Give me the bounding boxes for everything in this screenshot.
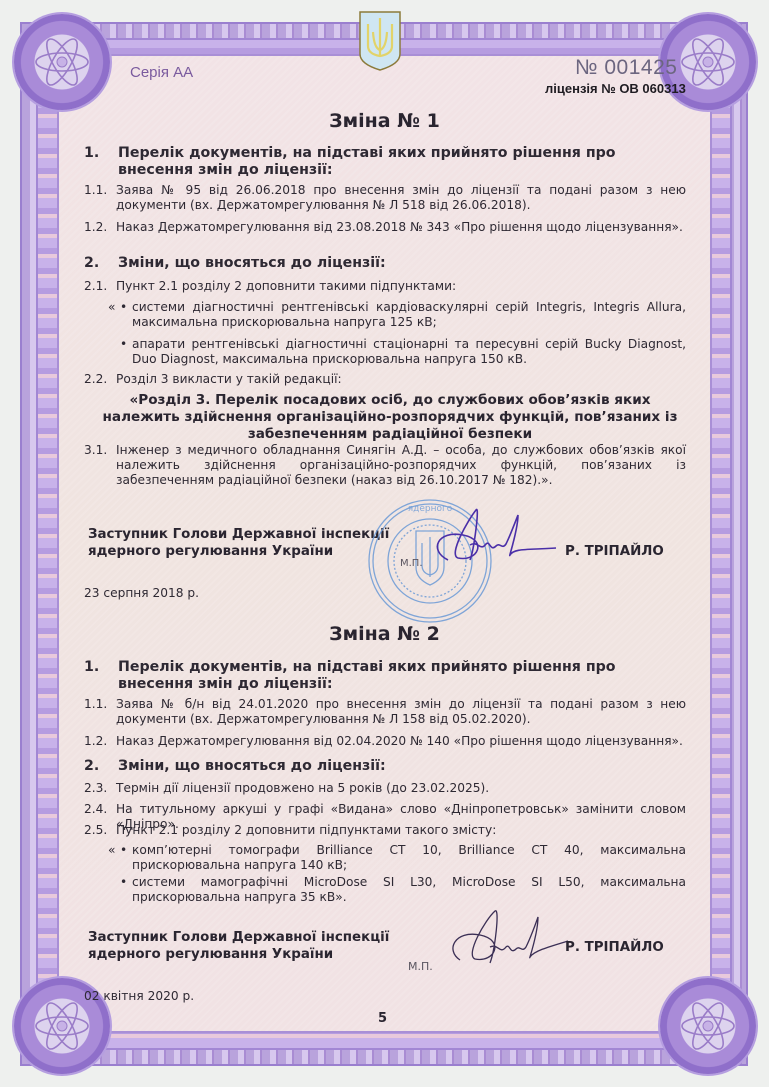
change-2-section-2-heading: 2. Зміни, що вносяться до ліцензії: [84, 758, 686, 775]
item-text: Заява № 95 від 26.06.2018 про внесення з… [116, 183, 686, 213]
bullet-text: системи діагностичні рентгенівські карді… [132, 300, 686, 330]
bullet-text: комп’ютерні томографи Brilliance CT 10, … [132, 843, 686, 873]
change-2-section-1-heading: 1. Перелік документів, на підставі яких … [84, 659, 686, 693]
item-text: Заява № б/н від 24.01.2020 про внесення … [116, 697, 686, 727]
position-line-1: Заступник Голови Державної інспекції [88, 929, 389, 946]
serial-number: № 001425 [575, 56, 677, 80]
signature-icon [440, 905, 570, 980]
change-1-title: Зміна № 1 [0, 110, 769, 132]
position-line-2: ядерного регулювання України [88, 946, 389, 963]
signature-icon [418, 500, 558, 580]
item-number: 2.2. [84, 372, 114, 387]
item-number: 3.1. [84, 443, 114, 458]
signatory-position: Заступник Голови Державної інспекції яде… [88, 929, 389, 963]
signatory-position: Заступник Голови Державної інспекції яде… [88, 526, 389, 560]
item-text: Пункт 2.1 розділу 2 доповнити такими під… [116, 279, 686, 294]
item-text: Наказ Держатомрегулювання від 02.04.2020… [116, 734, 686, 749]
change-1-item-3-1: 3.1. Інженер з медичного обладнання Синя… [84, 443, 686, 488]
section-title: Перелік документів, на підставі яких при… [118, 145, 686, 179]
bullet-icon: • [120, 843, 127, 858]
bullet-item: • апарати рентгенівські діагностичні ста… [108, 337, 686, 367]
section-title: Зміни, що вносяться до ліцензії: [118, 758, 686, 775]
license-number: ліцензія № ОВ 060313 [545, 81, 686, 96]
signature-date: 02 квітня 2020 р. [84, 989, 194, 1003]
signatory-name: Р. ТРІПАЙЛО [565, 940, 664, 955]
change-1-item-1-1: 1.1. Заява № 95 від 26.06.2018 про внесе… [84, 183, 686, 213]
item-text: Наказ Держатомрегулювання від 23.08.2018… [116, 220, 686, 235]
item-number: 2.1. [84, 279, 114, 294]
stamp-place-label: М.П. [408, 960, 433, 973]
change-1-section-2-heading: 2. Зміни, що вносяться до ліцензії: [84, 255, 686, 272]
bullet-icon: • [120, 300, 127, 315]
item-text: Інженер з медичного обладнання Синягін А… [116, 443, 686, 488]
change-2-item-2-3: 2.3. Термін дії ліцензії продовжено на 5… [84, 781, 686, 796]
bullet-item: « • комп’ютерні томографи Brilliance CT … [108, 843, 686, 873]
section-number: 2. [84, 255, 114, 272]
item-number: 1.1. [84, 183, 114, 198]
position-line-2: ядерного регулювання України [88, 543, 389, 560]
change-1-item-2-1: 2.1. Пункт 2.1 розділу 2 доповнити таким… [84, 279, 686, 294]
change-1-section-1-heading: 1. Перелік документів, на підставі яких … [84, 145, 686, 179]
change-2-title: Зміна № 2 [0, 623, 769, 645]
signatory-name: Р. ТРІПАЙЛО [565, 544, 664, 559]
bullet-item: • системи мамографічні MicroDose SI L30,… [108, 875, 686, 905]
change-2-item-1-2: 1.2. Наказ Держатомрегулювання від 02.04… [84, 734, 686, 749]
section-number: 1. [84, 145, 114, 162]
opening-quote: « [108, 843, 120, 858]
opening-quote: « [108, 300, 120, 315]
change-1-item-2-2: 2.2. Розділ 3 викласти у такій редакції: [84, 372, 686, 387]
bullet-item: « • системи діагностичні рентгенівські к… [108, 300, 686, 330]
change-2-item-1-1: 1.1. Заява № б/н від 24.01.2020 про внес… [84, 697, 686, 727]
item-number: 2.4. [84, 802, 114, 817]
item-number: 2.5. [84, 823, 114, 838]
bullet-icon: • [120, 337, 127, 352]
page-number: 5 [378, 1011, 387, 1026]
item-text: Термін дії ліцензії продовжено на 5 рокі… [116, 781, 686, 796]
signature-date: 23 серпня 2018 р. [84, 586, 199, 600]
item-text: Пункт 2.1 розділу 2 доповнити підпунктам… [116, 823, 686, 838]
change-1-item-1-2: 1.2. Наказ Держатомрегулювання від 23.08… [84, 220, 686, 235]
series-label: Серія АА [130, 64, 193, 81]
section-title: Перелік документів, на підставі яких при… [118, 659, 686, 693]
bullet-icon: • [120, 875, 127, 890]
item-number: 1.2. [84, 734, 114, 749]
position-line-1: Заступник Голови Державної інспекції [88, 526, 389, 543]
item-text: Розділ 3 викласти у такій редакції: [116, 372, 686, 387]
section-number: 2. [84, 758, 114, 775]
item-number: 2.3. [84, 781, 114, 796]
bullet-text: системи мамографічні MicroDose SI L30, M… [132, 875, 686, 905]
bullet-text: апарати рентгенівські діагностичні стаці… [132, 337, 686, 367]
item-number: 1.2. [84, 220, 114, 235]
section-3-title: «Розділ 3. Перелік посадових осіб, до сл… [100, 392, 680, 443]
section-number: 1. [84, 659, 114, 676]
item-number: 1.1. [84, 697, 114, 712]
change-2-item-2-5: 2.5. Пункт 2.1 розділу 2 доповнити підпу… [84, 823, 686, 838]
section-title: Зміни, що вносяться до ліцензії: [118, 255, 686, 272]
